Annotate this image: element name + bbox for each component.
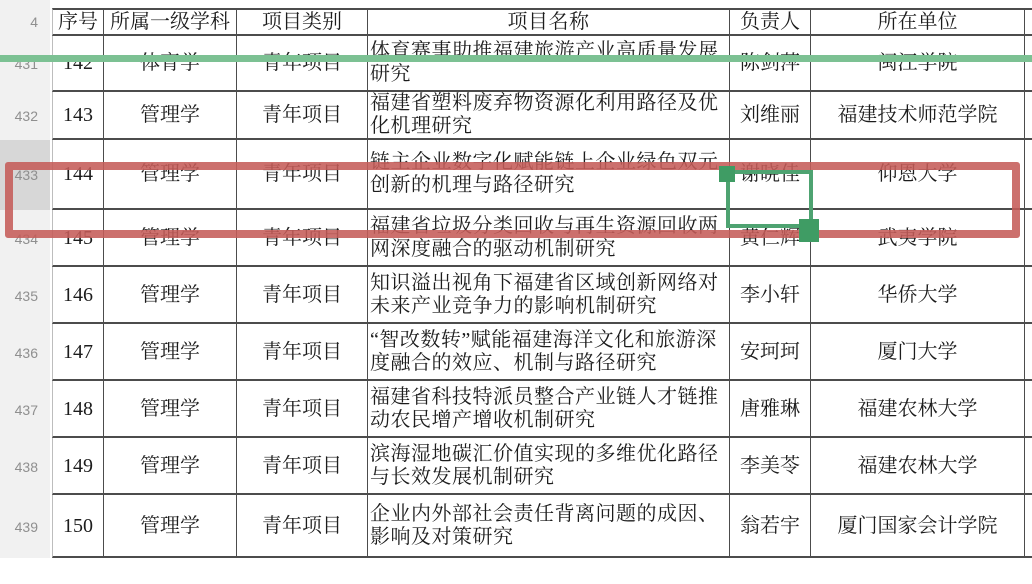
row-number[interactable]: 439 [0, 495, 52, 558]
cell-discipline[interactable]: 体育学 [104, 36, 237, 92]
cell-discipline[interactable]: 管理学 [104, 92, 237, 140]
cell-leader[interactable]: 李小轩 [730, 267, 811, 324]
cell-unit[interactable]: 闽江学院 [811, 36, 1025, 92]
row-number[interactable]: 435 [0, 267, 52, 324]
cell-seq[interactable]: 143 [52, 92, 104, 140]
cell-discipline[interactable]: 管理学 [104, 495, 237, 558]
cell-category[interactable]: 青年项目 [237, 495, 368, 558]
selection-handle-bottom-right[interactable] [799, 219, 819, 242]
cell-seq[interactable]: 146 [52, 267, 104, 324]
table-row: 438 149 管理学 青年项目 滨海湿地碳汇价值实现的多维优化路径与长效发展机… [0, 438, 1032, 495]
row-number[interactable]: 431 [0, 36, 52, 92]
cell-seq[interactable]: 147 [52, 324, 104, 381]
cell-unit[interactable]: 福建技术师范学院 [811, 92, 1025, 140]
partial-next-column [1025, 92, 1032, 140]
cell-category[interactable]: 青年项目 [237, 36, 368, 92]
partial-next-column [1025, 8, 1032, 36]
row-number[interactable]: 437 [0, 381, 52, 438]
cell-category[interactable]: 青年项目 [237, 381, 368, 438]
table-row: 435 146 管理学 青年项目 知识溢出视角下福建省区域创新网络对未来产业竞争… [0, 267, 1032, 324]
cell-project-title[interactable]: 福建省塑料废弃物资源化利用路径及优化机理研究 [368, 92, 730, 140]
table-row: 431 142 体育学 青年项目 体育赛事助推福建旅游产业高质量发展研究 陈剑萍… [0, 36, 1032, 92]
column-header-leader[interactable]: 负责人 [730, 8, 811, 36]
cell-leader[interactable]: 唐雅琳 [730, 381, 811, 438]
column-header-title[interactable]: 项目名称 [368, 8, 730, 36]
cell-unit[interactable]: 厦门国家会计学院 [811, 495, 1025, 558]
row-number-gutter [0, 0, 50, 8]
row-number[interactable]: 432 [0, 92, 52, 140]
column-header-unit[interactable]: 所在单位 [811, 8, 1025, 36]
cell-discipline[interactable]: 管理学 [104, 438, 237, 495]
partial-next-column [1025, 267, 1032, 324]
cell-project-title[interactable]: 体育赛事助推福建旅游产业高质量发展研究 [368, 36, 730, 92]
cell-leader[interactable]: 翁若宇 [730, 495, 811, 558]
cell-unit[interactable]: 福建农林大学 [811, 381, 1025, 438]
row-number[interactable]: 438 [0, 438, 52, 495]
cell-project-title[interactable]: “智改数转”赋能福建海洋文化和旅游深度融合的效应、机制与路径研究 [368, 324, 730, 381]
row-number-header[interactable]: 4 [0, 8, 52, 36]
partial-next-column [1025, 140, 1032, 210]
frozen-pane-line [0, 55, 1032, 62]
cell-project-title[interactable]: 知识溢出视角下福建省区域创新网络对未来产业竞争力的影响机制研究 [368, 267, 730, 324]
cell-leader[interactable]: 安珂珂 [730, 324, 811, 381]
table-row: 432 143 管理学 青年项目 福建省塑料废弃物资源化利用路径及优化机理研究 … [0, 92, 1032, 140]
table-row: 437 148 管理学 青年项目 福建省科技特派员整合产业链人才链推动农民增产增… [0, 381, 1032, 438]
partial-next-column [1025, 381, 1032, 438]
cell-seq[interactable]: 142 [52, 36, 104, 92]
cell-project-title[interactable]: 企业内外部社会责任背离问题的成因、影响及对策研究 [368, 495, 730, 558]
cell-discipline[interactable]: 管理学 [104, 267, 237, 324]
table-row: 439 150 管理学 青年项目 企业内外部社会责任背离问题的成因、影响及对策研… [0, 495, 1032, 558]
highlight-box [5, 162, 1020, 238]
cell-unit[interactable]: 福建农林大学 [811, 438, 1025, 495]
cell-unit[interactable]: 华侨大学 [811, 267, 1025, 324]
partial-next-column [1025, 495, 1032, 558]
cell-unit[interactable]: 厦门大学 [811, 324, 1025, 381]
cell-category[interactable]: 青年项目 [237, 324, 368, 381]
table-header-row: 4 序号 所属一级学科 项目类别 项目名称 负责人 所在单位 [0, 8, 1032, 36]
column-header-discipline[interactable]: 所属一级学科 [104, 8, 237, 36]
cell-discipline[interactable]: 管理学 [104, 381, 237, 438]
cell-project-title[interactable]: 滨海湿地碳汇价值实现的多维优化路径与长效发展机制研究 [368, 438, 730, 495]
cell-project-title[interactable]: 福建省科技特派员整合产业链人才链推动农民增产增收机制研究 [368, 381, 730, 438]
table-body: 431 142 体育学 青年项目 体育赛事助推福建旅游产业高质量发展研究 陈剑萍… [0, 36, 1032, 558]
column-header-seq[interactable]: 序号 [52, 8, 104, 36]
row-number[interactable]: 436 [0, 324, 52, 381]
partial-next-column [1025, 210, 1032, 267]
cell-seq[interactable]: 149 [52, 438, 104, 495]
table-row: 436 147 管理学 青年项目 “智改数转”赋能福建海洋文化和旅游深度融合的效… [0, 324, 1032, 381]
partial-next-column [1025, 36, 1032, 92]
partial-next-column [1025, 438, 1032, 495]
cell-category[interactable]: 青年项目 [237, 438, 368, 495]
cell-leader[interactable]: 李美苓 [730, 438, 811, 495]
cell-category[interactable]: 青年项目 [237, 267, 368, 324]
column-header-category[interactable]: 项目类别 [237, 8, 368, 36]
top-margin [0, 0, 1032, 8]
selection-handle-top-left[interactable] [719, 166, 735, 182]
cell-discipline[interactable]: 管理学 [104, 324, 237, 381]
cell-seq[interactable]: 148 [52, 381, 104, 438]
partial-next-column [1025, 324, 1032, 381]
spreadsheet-view: 4 序号 所属一级学科 项目类别 项目名称 负责人 所在单位 431 142 体… [0, 0, 1032, 584]
cell-seq[interactable]: 150 [52, 495, 104, 558]
cell-leader[interactable]: 刘维丽 [730, 92, 811, 140]
cell-category[interactable]: 青年项目 [237, 92, 368, 140]
cell-leader[interactable]: 陈剑萍 [730, 36, 811, 92]
